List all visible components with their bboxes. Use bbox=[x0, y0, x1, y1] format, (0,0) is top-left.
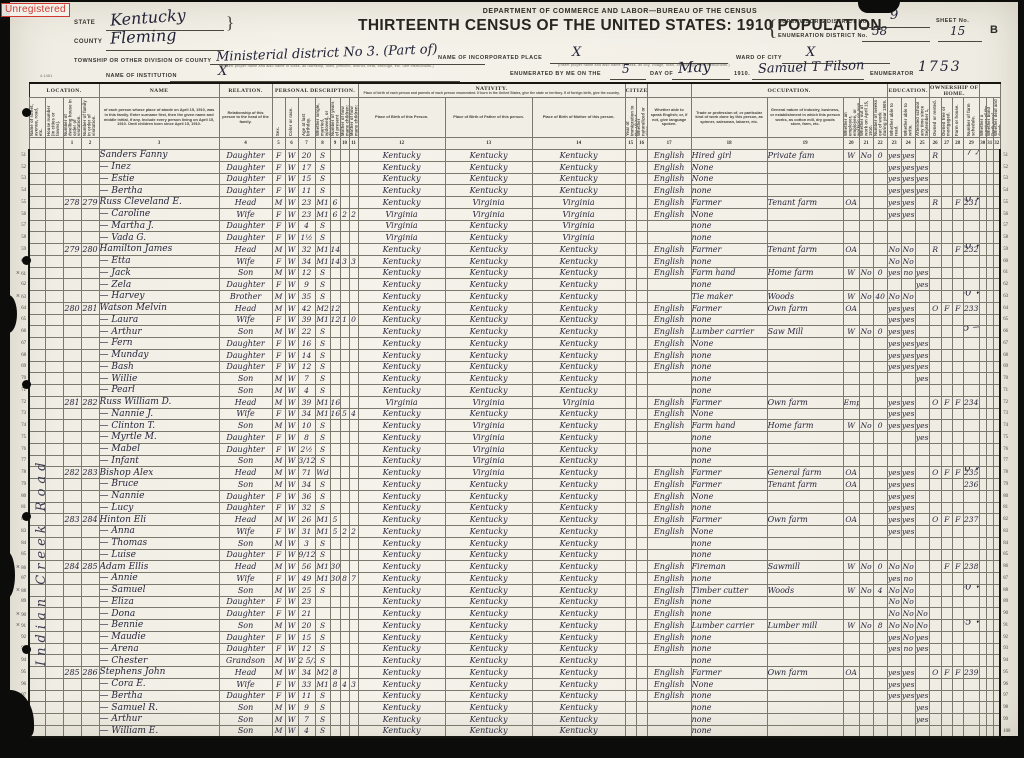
cell-birthplace: Kentucky bbox=[358, 667, 445, 679]
cell-years-married: 8 bbox=[330, 678, 340, 690]
cell-years-married bbox=[330, 373, 340, 385]
cell-home-free-mortgaged bbox=[941, 197, 952, 209]
cell-naturalized bbox=[636, 702, 647, 714]
cell-birthplace: Kentucky bbox=[358, 302, 445, 314]
cell-children-born bbox=[340, 561, 349, 573]
cell-attended-school bbox=[915, 314, 929, 326]
cell-children-living bbox=[349, 549, 358, 561]
cell-farm-or-house: F bbox=[952, 467, 963, 479]
cell-out-of-work bbox=[859, 479, 873, 491]
cell-family bbox=[81, 479, 99, 491]
cell-relation: Head bbox=[219, 244, 272, 256]
cell-can-read bbox=[887, 549, 901, 561]
column-number-occupation: 18 bbox=[691, 138, 767, 150]
cell-occupation: Farmer bbox=[691, 396, 767, 408]
line-number: 66 bbox=[13, 326, 29, 338]
cell-color: W bbox=[285, 161, 298, 173]
cell-language bbox=[647, 220, 691, 232]
cell-home-free-mortgaged: F bbox=[941, 467, 952, 479]
cell-age: 10 bbox=[298, 420, 315, 432]
line-number-right: 70 bbox=[1000, 373, 1016, 385]
cell-out-of-work bbox=[859, 678, 873, 690]
cell-children-born bbox=[340, 643, 349, 655]
column-header-age: Age at last birthday. bbox=[298, 98, 315, 138]
cell-farm-or-house bbox=[952, 185, 963, 197]
column-number-children-born: 10 bbox=[340, 138, 349, 150]
line-number-right: 54 bbox=[1000, 185, 1016, 197]
cell-marital: S bbox=[315, 655, 330, 667]
cell-deaf-dumb bbox=[993, 326, 1000, 338]
line-number: 83 bbox=[13, 526, 29, 538]
cell-attended-school bbox=[915, 514, 929, 526]
cell-years-married bbox=[330, 326, 340, 338]
cell-deaf-dumb bbox=[993, 279, 1000, 291]
cell-mother-birthplace: Kentucky bbox=[532, 443, 625, 455]
cell-employer-class bbox=[843, 255, 859, 267]
cell-birthplace: Kentucky bbox=[358, 526, 445, 538]
line-number: ×91 bbox=[13, 620, 29, 632]
cell-birthplace: Kentucky bbox=[358, 279, 445, 291]
cell-language: English bbox=[647, 502, 691, 514]
cell-out-of-work bbox=[859, 208, 873, 220]
township-value: Ministerial district No 3. (Part of) bbox=[216, 42, 438, 65]
cell-dwelling bbox=[63, 655, 81, 667]
cell-farm-or-house bbox=[952, 373, 963, 385]
cell-family bbox=[81, 537, 99, 549]
cell-dwelling bbox=[63, 537, 81, 549]
cell-occupation: None bbox=[691, 408, 767, 420]
cell-attended-school: yes bbox=[915, 702, 929, 714]
cell-deaf-dumb bbox=[993, 385, 1000, 397]
column-group-occupation: OCCUPATION. bbox=[691, 83, 887, 98]
cell-years-married bbox=[330, 232, 340, 244]
cell-employer-class: W bbox=[843, 420, 859, 432]
cell-marital: S bbox=[315, 584, 330, 596]
cell-father-birthplace: Kentucky bbox=[445, 302, 532, 314]
cell-dwelling bbox=[63, 714, 81, 726]
handwritten-annotation: 7-1-0-0 ✓ bbox=[963, 291, 979, 301]
cell-marital: S bbox=[315, 361, 330, 373]
column-number-can-read: 23 bbox=[887, 138, 901, 150]
cell-naturalized bbox=[636, 326, 647, 338]
cell-family bbox=[81, 549, 99, 561]
cell-farm-or-house bbox=[952, 314, 963, 326]
cell-age: 4 bbox=[298, 725, 315, 737]
cell-attended-school bbox=[915, 561, 929, 573]
cell-industry: Sawmill bbox=[767, 561, 843, 573]
cell-blind bbox=[986, 678, 993, 690]
cell-children-living bbox=[349, 702, 358, 714]
line-number-right: 56 bbox=[1000, 208, 1016, 220]
cell-birthplace: Kentucky bbox=[358, 561, 445, 573]
cell-deaf-dumb bbox=[993, 455, 1000, 467]
cell-employer-class: W bbox=[843, 267, 859, 279]
cell-out-of-work bbox=[859, 161, 873, 173]
cell-immigration-year bbox=[625, 479, 636, 491]
cell-father-birthplace: Virginia bbox=[445, 455, 532, 467]
cell-language: English bbox=[647, 302, 691, 314]
cell-relation: Head bbox=[219, 561, 272, 573]
cell-dwelling bbox=[63, 173, 81, 185]
cell-employer-class bbox=[843, 502, 859, 514]
cell-blind bbox=[986, 185, 993, 197]
cell-farm-schedule bbox=[963, 314, 979, 326]
cell-immigration-year bbox=[625, 314, 636, 326]
cell-home-free-mortgaged bbox=[941, 267, 952, 279]
cell-war-survivor bbox=[979, 678, 986, 690]
check-x-mark: × bbox=[15, 610, 20, 618]
cell-naturalized bbox=[636, 432, 647, 444]
cell-mother-birthplace: Kentucky bbox=[532, 490, 625, 502]
cell-family bbox=[81, 714, 99, 726]
cell-relation: Wife bbox=[219, 255, 272, 267]
cell-house bbox=[45, 338, 63, 350]
cell-occupation: none bbox=[691, 255, 767, 267]
cell-weeks-out: 0 bbox=[873, 420, 887, 432]
cell-attended-school bbox=[915, 208, 929, 220]
cell-occupation: none bbox=[691, 220, 767, 232]
cell-house bbox=[45, 185, 63, 197]
cell-age: 11 bbox=[298, 185, 315, 197]
column-header-employer-class: Whether an employer, employee, or workin… bbox=[843, 98, 859, 138]
person-row-67: 67— FernDaughterFW16SKentuckyKentuckyKen… bbox=[13, 338, 1016, 350]
cell-occupation: none bbox=[691, 631, 767, 643]
column-number-farm-or-house: 28 bbox=[952, 138, 963, 150]
cell-deaf-dumb bbox=[993, 584, 1000, 596]
cell-marital: M1 bbox=[315, 573, 330, 585]
cell-children-born bbox=[340, 161, 349, 173]
cell-sex: M bbox=[272, 479, 285, 491]
cell-home-owned-rented bbox=[929, 291, 941, 303]
cell-family bbox=[81, 326, 99, 338]
cell-children-living bbox=[349, 667, 358, 679]
cell-color: W bbox=[285, 467, 298, 479]
cell-can-read: yes bbox=[887, 514, 901, 526]
cell-attended-school bbox=[915, 396, 929, 408]
cell-industry bbox=[767, 185, 843, 197]
cell-industry: Woods bbox=[767, 291, 843, 303]
cell-war-survivor bbox=[979, 561, 986, 573]
cell-house bbox=[45, 302, 63, 314]
cell-home-free-mortgaged bbox=[941, 631, 952, 643]
cell-occupation: none bbox=[691, 714, 767, 726]
cell-farm-schedule: 2320-0-0-0 ✓ bbox=[963, 244, 979, 256]
cell-color: W bbox=[285, 420, 298, 432]
column-header-color: Color or race. bbox=[285, 98, 298, 138]
line-number: 89 bbox=[13, 596, 29, 608]
cell-dwelling bbox=[63, 420, 81, 432]
cell-age: 3 bbox=[298, 537, 315, 549]
column-number-deaf-dumb: 32 bbox=[993, 138, 1000, 150]
cell-home-owned-rented bbox=[929, 455, 941, 467]
cell-war-survivor bbox=[979, 220, 986, 232]
line-number-right: 89 bbox=[1000, 596, 1016, 608]
column-header-name: of each person whose place of abode on A… bbox=[99, 98, 219, 138]
cell-farm-schedule: 233 bbox=[963, 302, 979, 314]
cell-mother-birthplace: Kentucky bbox=[532, 185, 625, 197]
cell-children-born bbox=[340, 702, 349, 714]
cell-family bbox=[81, 255, 99, 267]
cell-home-owned-rented bbox=[929, 631, 941, 643]
cell-birthplace: Kentucky bbox=[358, 690, 445, 702]
person-row-93: 93— ArenaDaughterFW12SKentuckyKentuckyKe… bbox=[13, 643, 1016, 655]
cell-farm-schedule: 238 bbox=[963, 561, 979, 573]
cell-employer-class: W bbox=[843, 620, 859, 632]
cell-children-living bbox=[349, 385, 358, 397]
cell-industry bbox=[767, 408, 843, 420]
person-row-79: 79— BruceSonMW34SKentuckyKentuckyKentuck… bbox=[13, 479, 1016, 491]
column-number-age: 7 bbox=[298, 138, 315, 150]
cell-naturalized bbox=[636, 361, 647, 373]
cell-relation: Son bbox=[219, 725, 272, 737]
line-number-right: 78 bbox=[1000, 467, 1016, 479]
cell-attended-school bbox=[915, 220, 929, 232]
cell-children-living: 4 bbox=[349, 408, 358, 420]
cell-employer-class bbox=[843, 655, 859, 667]
cell-can-write: yes bbox=[901, 408, 915, 420]
cell-birthplace: Kentucky bbox=[358, 631, 445, 643]
cell-deaf-dumb bbox=[993, 549, 1000, 561]
cell-industry bbox=[767, 455, 843, 467]
cell-deaf-dumb bbox=[993, 232, 1000, 244]
cell-street bbox=[29, 361, 45, 373]
cell-industry: Private fam bbox=[767, 150, 843, 162]
line-number: 62 bbox=[13, 279, 29, 291]
cell-attended-school bbox=[915, 573, 929, 585]
cell-can-write: yes bbox=[901, 302, 915, 314]
cell-children-born bbox=[340, 267, 349, 279]
cell-employer-class bbox=[843, 338, 859, 350]
line-number-right: 73 bbox=[1000, 408, 1016, 420]
cell-farm-or-house bbox=[952, 349, 963, 361]
cell-home-owned-rented bbox=[929, 573, 941, 585]
cell-birthplace: Kentucky bbox=[358, 502, 445, 514]
cell-employer-class bbox=[843, 631, 859, 643]
cell-color: W bbox=[285, 361, 298, 373]
cell-house bbox=[45, 714, 63, 726]
cell-language: English bbox=[647, 561, 691, 573]
column-header-father-birthplace: Place of Birth of Father of this person. bbox=[445, 98, 532, 138]
cell-attended-school: No bbox=[915, 608, 929, 620]
person-row-59: 59279280Hamilton JamesHeadMW32M114Kentuc… bbox=[13, 244, 1016, 256]
cell-mother-birthplace: Kentucky bbox=[532, 537, 625, 549]
cell-family bbox=[81, 584, 99, 596]
cell-immigration-year bbox=[625, 667, 636, 679]
cell-dwelling bbox=[63, 455, 81, 467]
cell-weeks-out bbox=[873, 396, 887, 408]
cell-sex: M bbox=[272, 197, 285, 209]
cell-name: — Samuel bbox=[99, 584, 219, 596]
cell-home-free-mortgaged bbox=[941, 502, 952, 514]
cell-deaf-dumb bbox=[993, 725, 1000, 737]
cell-children-born bbox=[340, 608, 349, 620]
cell-employer-class bbox=[843, 537, 859, 549]
cell-family bbox=[81, 655, 99, 667]
person-row-98: 98— Samuel R.SonMW9SKentuckyKentuckyKent… bbox=[13, 702, 1016, 714]
cell-home-owned-rented: O bbox=[929, 302, 941, 314]
cell-color: W bbox=[285, 490, 298, 502]
cell-immigration-year bbox=[625, 561, 636, 573]
cell-deaf-dumb bbox=[993, 561, 1000, 573]
cell-dwelling: 281 bbox=[63, 396, 81, 408]
cell-age: 9/12 bbox=[298, 549, 315, 561]
cell-immigration-year bbox=[625, 725, 636, 737]
enumerator-signature: Samuel T Filson bbox=[758, 58, 865, 77]
line-number: 94 bbox=[13, 655, 29, 667]
cell-mother-birthplace: Kentucky bbox=[532, 385, 625, 397]
cell-can-read: yes bbox=[887, 678, 901, 690]
cell-name: — Bertha bbox=[99, 690, 219, 702]
cell-sex: F bbox=[272, 338, 285, 350]
cell-years-married bbox=[330, 479, 340, 491]
cell-father-birthplace: Kentucky bbox=[445, 349, 532, 361]
cell-war-survivor bbox=[979, 396, 986, 408]
cell-home-owned-rented bbox=[929, 385, 941, 397]
cell-farm-schedule: 0-3-5-5 — bbox=[963, 326, 979, 338]
cell-children-born bbox=[340, 232, 349, 244]
cell-can-write: yes bbox=[901, 690, 915, 702]
cell-years-married: 6 bbox=[330, 208, 340, 220]
cell-children-living bbox=[349, 432, 358, 444]
person-row-65: 65— LauraWifeFW39M11210KentuckyKentuckyK… bbox=[13, 314, 1016, 326]
cell-deaf-dumb bbox=[993, 267, 1000, 279]
cell-home-free-mortgaged: F bbox=[941, 302, 952, 314]
cell-mother-birthplace: Kentucky bbox=[532, 279, 625, 291]
cell-birthplace: Kentucky bbox=[358, 455, 445, 467]
cell-weeks-out bbox=[873, 490, 887, 502]
cell-father-birthplace: Kentucky bbox=[445, 526, 532, 538]
cell-street bbox=[29, 408, 45, 420]
line-number-right: 96 bbox=[1000, 678, 1016, 690]
cell-occupation: Farmer bbox=[691, 197, 767, 209]
cell-home-owned-rented bbox=[929, 408, 941, 420]
cell-out-of-work: No bbox=[859, 420, 873, 432]
cell-can-write bbox=[901, 714, 915, 726]
cell-birthplace: Kentucky bbox=[358, 420, 445, 432]
line-number-right: 95 bbox=[1000, 667, 1016, 679]
cell-mother-birthplace: Kentucky bbox=[532, 584, 625, 596]
cell-deaf-dumb bbox=[993, 396, 1000, 408]
cell-can-read: yes bbox=[887, 479, 901, 491]
cell-home-owned-rented bbox=[929, 232, 941, 244]
cell-immigration-year bbox=[625, 714, 636, 726]
cell-can-read: yes bbox=[887, 267, 901, 279]
cell-home-owned-rented bbox=[929, 502, 941, 514]
cell-employer-class: OA bbox=[843, 244, 859, 256]
cell-immigration-year bbox=[625, 702, 636, 714]
cell-children-living bbox=[349, 714, 358, 726]
cell-home-owned-rented bbox=[929, 208, 941, 220]
line-number-right: 98 bbox=[1000, 702, 1016, 714]
cell-mother-birthplace: Kentucky bbox=[532, 326, 625, 338]
cell-weeks-out bbox=[873, 408, 887, 420]
cell-blind bbox=[986, 584, 993, 596]
cell-home-free-mortgaged bbox=[941, 232, 952, 244]
cell-can-write: yes bbox=[901, 396, 915, 408]
cell-dwelling bbox=[63, 255, 81, 267]
column-header-out-of-work: Whether out of work on April 15, 1910. bbox=[859, 98, 873, 138]
cell-weeks-out bbox=[873, 197, 887, 209]
cell-children-born bbox=[340, 197, 349, 209]
cell-father-birthplace: Kentucky bbox=[445, 185, 532, 197]
cell-marital: M1 bbox=[315, 561, 330, 573]
cell-street bbox=[29, 385, 45, 397]
cell-marital bbox=[315, 608, 330, 620]
cell-language bbox=[647, 443, 691, 455]
column-group-location: LOCATION. bbox=[29, 83, 99, 98]
cell-attended-school: yes bbox=[915, 643, 929, 655]
cell-employer-class: Emp bbox=[843, 396, 859, 408]
cell-out-of-work: No bbox=[859, 150, 873, 162]
cell-birthplace: Kentucky bbox=[358, 725, 445, 737]
cell-language: English bbox=[647, 420, 691, 432]
cell-occupation: none bbox=[691, 608, 767, 620]
cell-children-living: 0 bbox=[349, 314, 358, 326]
cell-sex: M bbox=[272, 537, 285, 549]
cell-occupation: Hired girl bbox=[691, 150, 767, 162]
person-row-94: 94— ChesterGrandsonMW2 5/12SKentuckyKent… bbox=[13, 655, 1016, 667]
cell-weeks-out bbox=[873, 690, 887, 702]
cell-language: English bbox=[647, 479, 691, 491]
cell-attended-school bbox=[915, 678, 929, 690]
person-row-52: 52— InezDaughterFW17SKentuckyKentuckyKen… bbox=[13, 161, 1016, 173]
column-header-street: Name of street, avenue, road, etc. bbox=[29, 98, 45, 138]
cell-industry bbox=[767, 714, 843, 726]
cell-industry bbox=[767, 678, 843, 690]
cell-naturalized bbox=[636, 232, 647, 244]
person-row-88: ×88— SamuelSonMW25SKentuckyKentuckyKentu… bbox=[13, 584, 1016, 596]
cell-birthplace: Virginia bbox=[358, 396, 445, 408]
cell-naturalized bbox=[636, 514, 647, 526]
cell-war-survivor bbox=[979, 455, 986, 467]
person-row-87: 87— AnnieWifeFW49M13087KentuckyKentuckyK… bbox=[13, 573, 1016, 585]
cell-relation: Head bbox=[219, 667, 272, 679]
cell-industry bbox=[767, 502, 843, 514]
cell-marital: S bbox=[315, 161, 330, 173]
cell-color: W bbox=[285, 714, 298, 726]
line-number: 96 bbox=[13, 678, 29, 690]
punch-hole bbox=[22, 380, 31, 389]
cell-farm-or-house bbox=[952, 537, 963, 549]
cell-employer-class bbox=[843, 714, 859, 726]
cell-can-write: no bbox=[901, 643, 915, 655]
cell-employer-class: OA bbox=[843, 302, 859, 314]
cell-marital: S bbox=[315, 690, 330, 702]
cell-deaf-dumb bbox=[993, 432, 1000, 444]
cell-industry: Home farm bbox=[767, 267, 843, 279]
cell-mother-birthplace: Kentucky bbox=[532, 631, 625, 643]
cell-weeks-out bbox=[873, 220, 887, 232]
cell-can-read: yes bbox=[887, 197, 901, 209]
cell-home-free-mortgaged bbox=[941, 244, 952, 256]
line-number-right: 88 bbox=[1000, 584, 1016, 596]
person-row-97: 97— BerthaDaughterFW11SKentuckyKentuckyK… bbox=[13, 690, 1016, 702]
cell-age: 39 bbox=[298, 314, 315, 326]
cell-home-owned-rented bbox=[929, 526, 941, 538]
cell-out-of-work bbox=[859, 314, 873, 326]
line-number-right: 100 bbox=[1000, 725, 1016, 737]
cell-father-birthplace: Virginia bbox=[445, 208, 532, 220]
cell-farm-or-house bbox=[952, 608, 963, 620]
cell-farm-or-house bbox=[952, 655, 963, 667]
line-number-right: 76 bbox=[1000, 443, 1016, 455]
cell-dwelling: 280 bbox=[63, 302, 81, 314]
cell-immigration-year bbox=[625, 608, 636, 620]
cell-relation: Head bbox=[219, 514, 272, 526]
cell-home-owned-rented bbox=[929, 349, 941, 361]
cell-can-read: yes bbox=[887, 643, 901, 655]
cell-name: — Bruce bbox=[99, 479, 219, 491]
